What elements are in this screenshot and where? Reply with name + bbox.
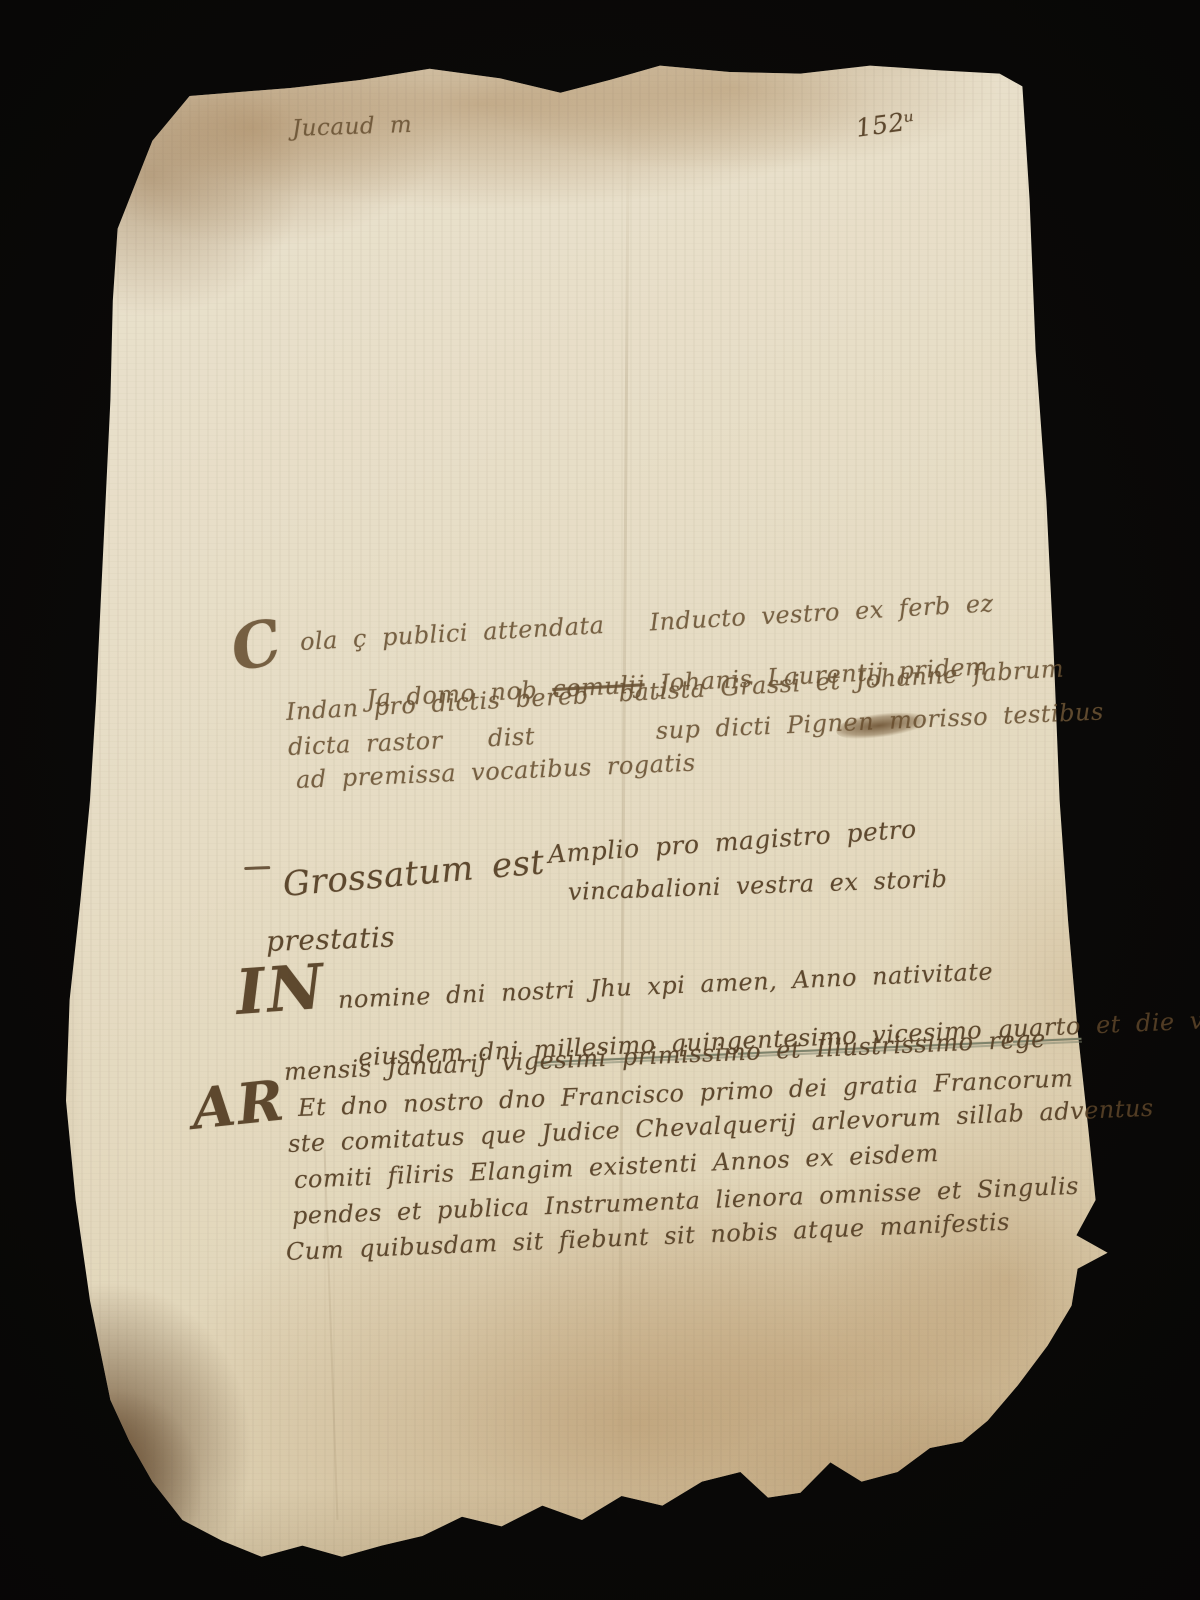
- aged-paper-sheet: [0, 0, 1200, 1600]
- dash-mark: [244, 866, 270, 870]
- manuscript-line: prestatis: [266, 923, 396, 955]
- line-text: et die videlicet: [1080, 1002, 1200, 1039]
- folio-number: 152ᵘ: [854, 108, 917, 141]
- archival-inscription: Jucaud m: [292, 114, 413, 141]
- manuscript-photograph: Jucaud m 152ᵘ C ola ç publici attendata …: [0, 0, 1200, 1600]
- illuminated-initial: IN: [234, 956, 328, 1024]
- notarial-paraph: AR: [189, 1072, 288, 1138]
- margin-dash: [244, 849, 271, 874]
